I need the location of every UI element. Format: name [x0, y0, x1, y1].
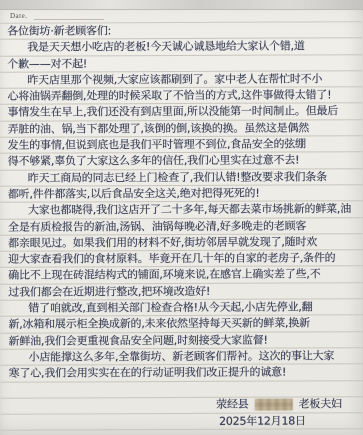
letter-line: 确比不上现在砖混结构式的铺面,环境来说,在感官上确实差了些,不	[0, 267, 363, 285]
letter-line: 错了咱就改,直到相关部门检查合格!从今天起,小店先停业,翻	[0, 299, 363, 317]
letter-line: 寒了心,我们会用实实在在的行动证明我们改正提升的诚意!	[1, 364, 363, 382]
letter-line: 昨天工商局的同志已经上门检查了,我们认错!整改要求我们条条	[0, 169, 363, 187]
letter-line: 大家也都晓得,我们这店开了二十多年,每天都去菜市场挑新的鲜菜,油	[0, 201, 363, 219]
signature-line: 荥经县 老板夫妇	[1, 397, 363, 415]
letter-lines: 各位街坊·新老顾客们:我是天天想小吃店的老板!今天诚心诚恳地给大家认个错,道个歉…	[0, 22, 363, 382]
paper-top-edge	[0, 0, 363, 10]
printed-date-rule	[34, 19, 104, 20]
letter-line: 我是天天想小吃店的老板!今天诚心诚恳地给大家认个错,道	[0, 39, 362, 57]
letter-photo: Date. 各位街坊·新老顾客们:我是天天想小吃店的老板!今天诚心诚恳地给大家认…	[0, 0, 363, 435]
letter-line: 事情发生在早上,我们还没有到店里面,所以没能第一时间制止。但最后	[0, 104, 363, 122]
letter-line: 昨天店里那个视频,大家应该都刷到了。家中老人在帮忙时不小	[0, 71, 362, 89]
letter-line: 全是有质检报告的新油,汤锅、油锅每晚必清,好多晚走的老顾客	[0, 218, 363, 236]
redaction-blur	[255, 399, 293, 411]
letter-line: 都亲眼见过。如果我们用的材料不好,街坊邻居早就发现了,随时欢	[0, 234, 363, 252]
letter-line: 新鲜油,我们会更重视食品安全问题,时刻接受大家监督!	[0, 332, 363, 350]
letter-line: 个歉——对不起!	[0, 55, 362, 73]
signature-region: 荥经县	[216, 397, 248, 414]
signature-date-line: 2025年12月18日	[1, 413, 363, 431]
letter-line: 迎大家查看我们的食材原料。毕竟开在几十年的自家的老房子,条件的	[0, 250, 363, 268]
printed-date-label: Date.	[10, 12, 27, 20]
letter-line: 新,冰箱和展示柜全换成新的,未来依然坚持每天买新的鲜菜,换新	[0, 316, 363, 334]
ruled-sheet: 各位街坊·新老顾客们:我是天天想小吃店的老板!今天诚心诚恳地给大家认个错,道个歉…	[0, 21, 363, 431]
letter-line: 弄脏的油、锅,当下都处理了,该倒的倒,该换的换。虽然这是偶然	[0, 120, 363, 138]
letter-line: 都听,件件都落实,以后食品安全这关,绝对把得死死的!	[0, 185, 363, 203]
signature-author: 老板夫妇	[299, 397, 342, 413]
letter-line: 发生的事情,但说到底也是我们平时管理不到位,食品安全的弦绷	[0, 136, 363, 154]
blank-line	[1, 381, 363, 399]
letter-line: 得不够紧,辜负了大家这么多年的信任,我们心里实在过意不去!	[0, 153, 363, 171]
letter-line: 心将油锅弄翻倒,处理的时候采取了不恰当的方式,这件事做得太错了!	[0, 87, 362, 105]
letter-line: 过我们都会在近期进行整改,把环境改造好!	[0, 283, 363, 301]
letter-line: 小店能撑这么多年,全靠街坊、新老顾客们帮衬。这次的事让大家	[1, 348, 363, 366]
letter-line: 各位街坊·新老顾客们:	[0, 22, 362, 40]
